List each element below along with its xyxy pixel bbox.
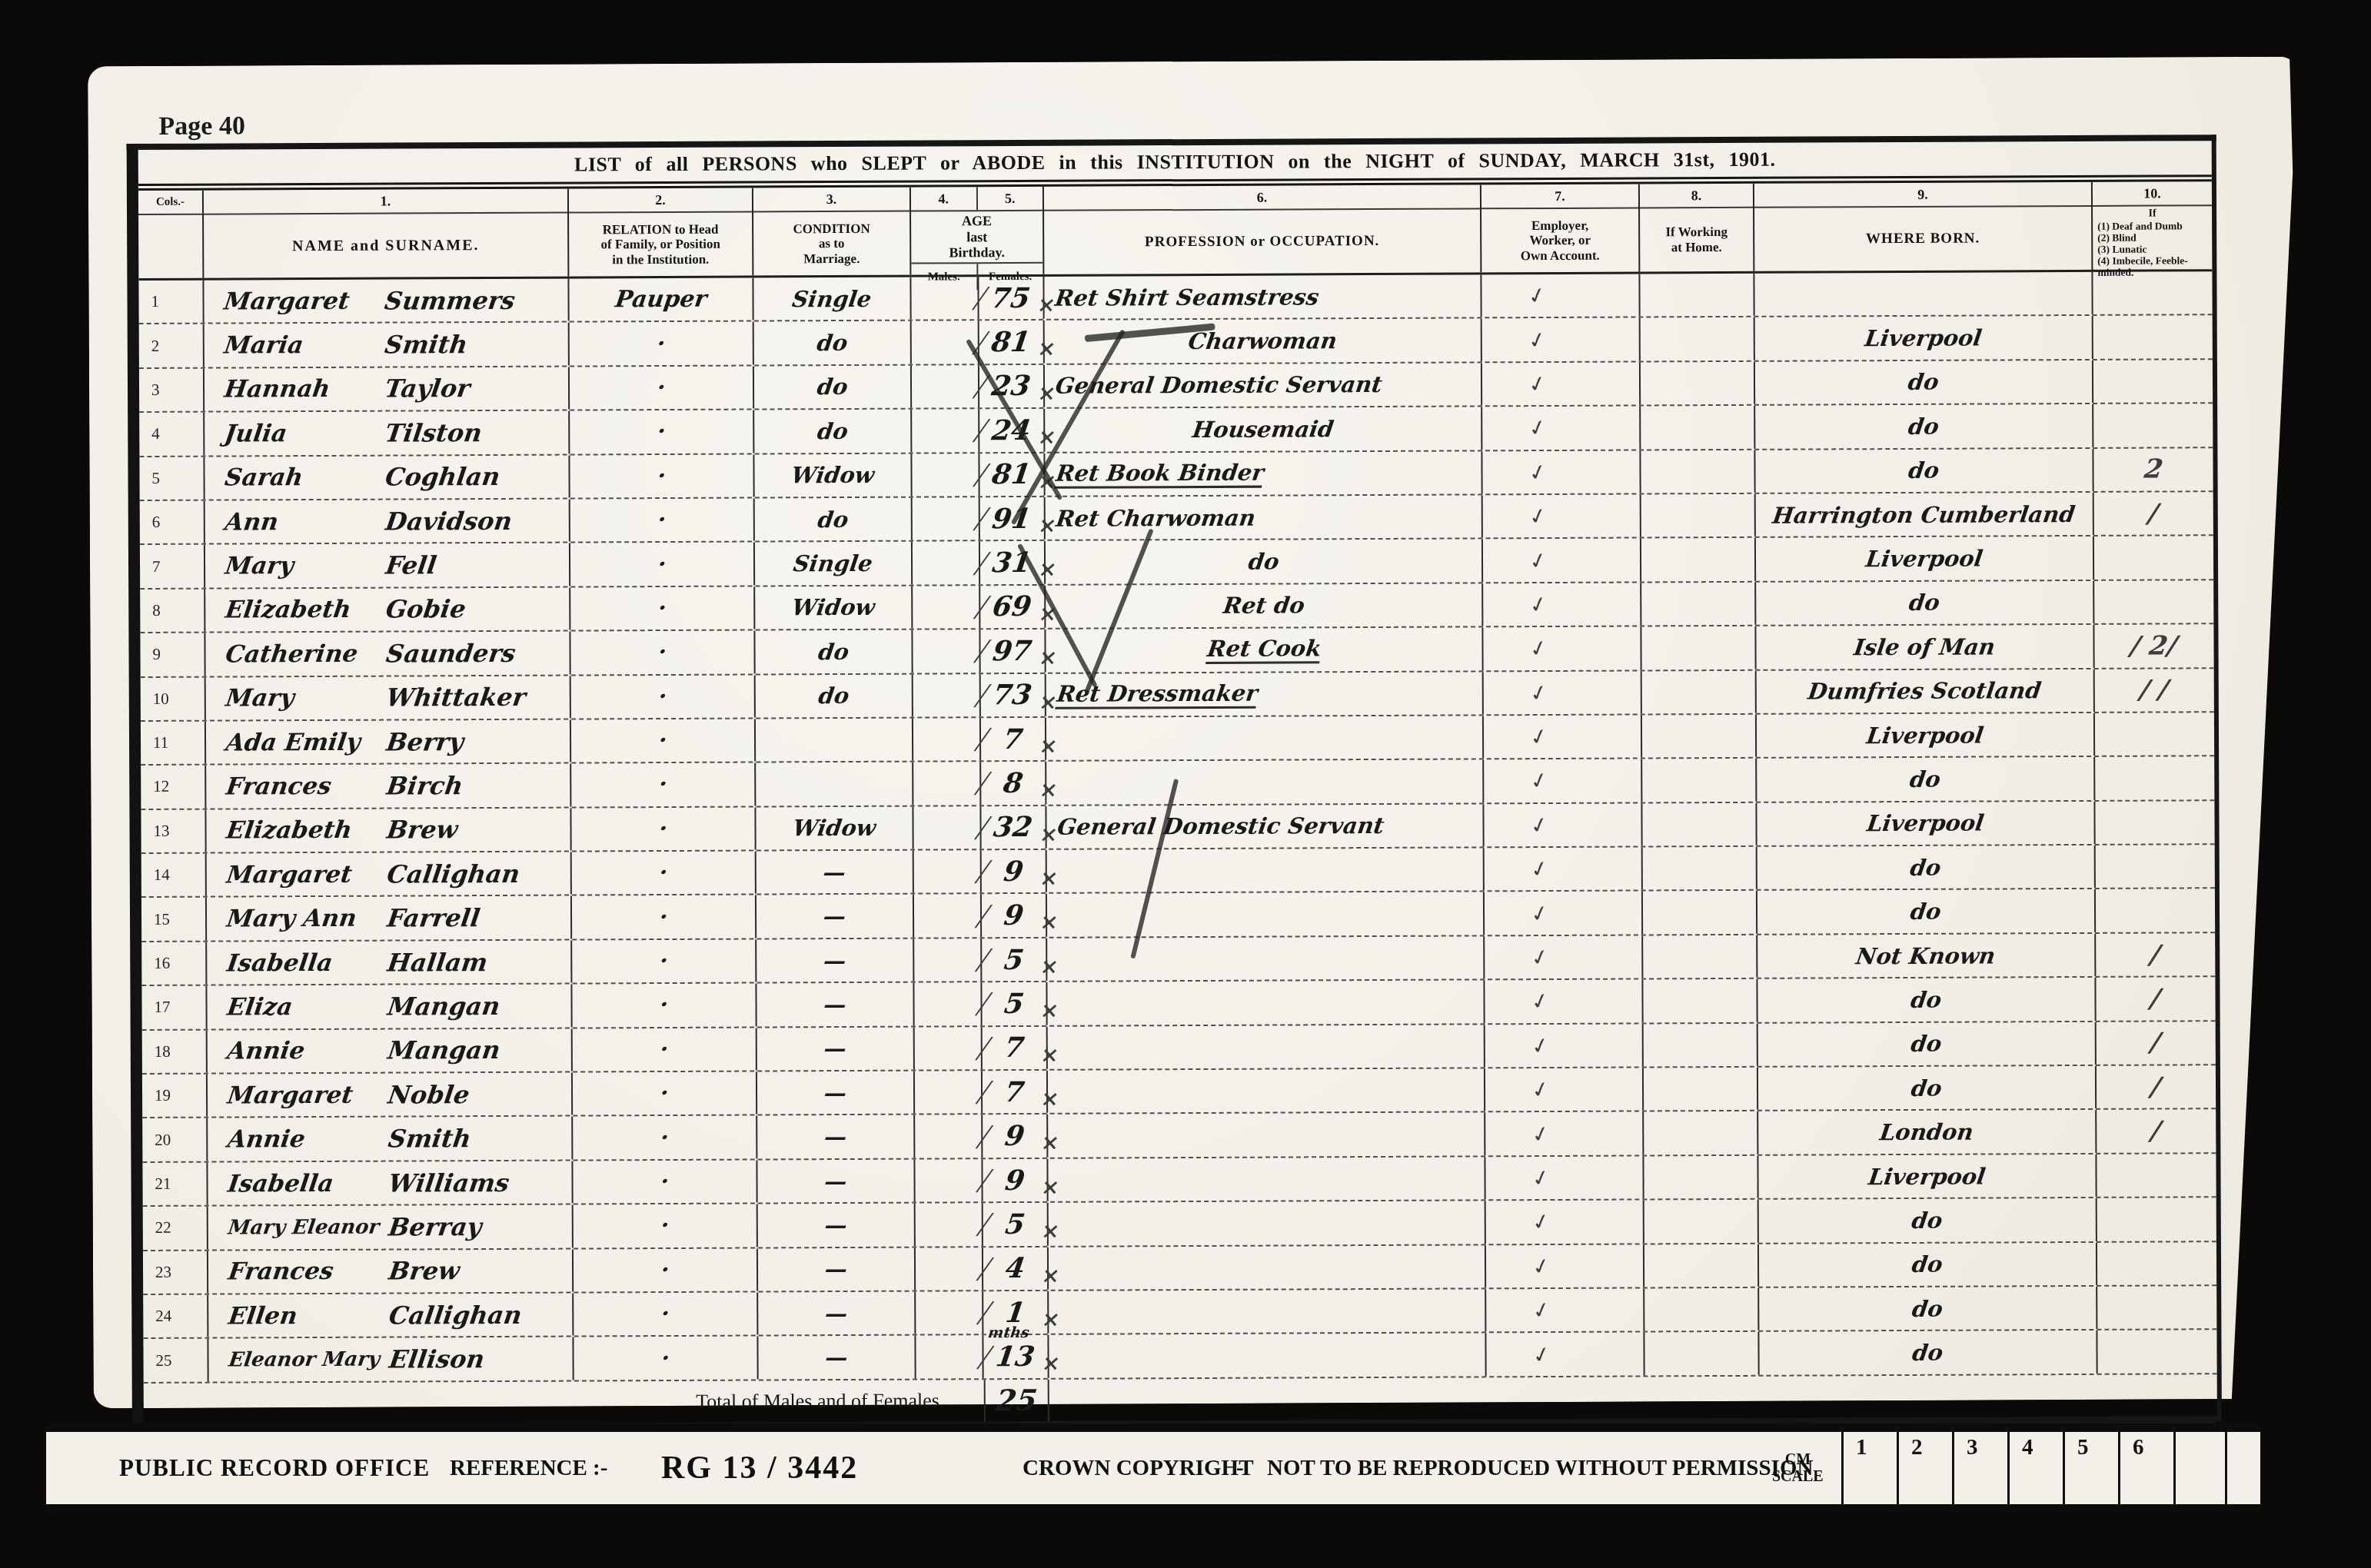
- condition-cell: —: [757, 983, 914, 1026]
- relation-cell: ·: [571, 807, 756, 850]
- page-number-label: Page 40: [158, 111, 245, 141]
- scanned-census-page: Page 40 LIST of all PERSONS who SLEPT or…: [0, 0, 2371, 1568]
- occupation-cell: [1047, 936, 1485, 981]
- employer-cell: ✓: [1485, 1112, 1644, 1155]
- working-at-home-cell: [1644, 1332, 1759, 1375]
- occupation-cell: [1048, 1157, 1485, 1201]
- age-males-cell: ∕: [915, 1159, 983, 1202]
- col-header-employer: 7. Employer, Worker, or Own Account.: [1481, 184, 1640, 272]
- relation-cell: ·: [574, 1337, 758, 1380]
- row-number: 9: [140, 633, 205, 676]
- condition-cell: Single: [753, 277, 911, 321]
- pencil-tick-mark: ✓: [1529, 1119, 1553, 1148]
- age-males-cell: ∕: [913, 674, 981, 717]
- pencil-tick-mark: ✓: [1528, 766, 1551, 796]
- occupation-cell: [1047, 981, 1485, 1025]
- age-males-cell: ∕: [914, 895, 982, 938]
- name-cell: IsabellaHallam: [207, 940, 572, 984]
- where-born-cell: do: [1758, 1022, 2097, 1066]
- pencil-tick-mark: ✓: [1528, 899, 1551, 928]
- infirmity-cell: [2095, 757, 2214, 800]
- relation-cell: ·: [570, 410, 754, 453]
- infirmity-cell: [2097, 1198, 2216, 1241]
- employer-cell: ✓: [1484, 715, 1642, 758]
- separator-dash: -: [1236, 1432, 1244, 1504]
- name-cell: ElizabethBrew: [206, 808, 571, 852]
- pencil-tick-mark: ✓: [1527, 678, 1551, 707]
- pencil-tick-mark: ✓: [1525, 370, 1549, 399]
- name-cell: MaryWhittaker: [206, 676, 571, 719]
- infirmity-cell: [2094, 580, 2213, 623]
- age-females-cell: mths13 ×: [983, 1335, 1049, 1378]
- working-at-home-cell: [1643, 935, 1757, 978]
- working-at-home-cell: [1641, 406, 1755, 449]
- name-cell: AnnDavidson: [205, 500, 570, 543]
- name-cell: IsabellaWilliams: [208, 1161, 573, 1204]
- scale-tick-box: 4: [2007, 1432, 2063, 1504]
- where-born-cell: do: [1759, 1330, 2097, 1374]
- table-header-row: Cols.- 1. NAME and SURNAME. 2. RELATION …: [138, 181, 2212, 281]
- pencil-tick-mark: ✓: [1530, 1340, 1554, 1369]
- employer-cell: ✓: [1484, 759, 1642, 802]
- row-number: 2: [139, 324, 205, 367]
- name-cell: MaryFell: [205, 543, 570, 587]
- age-males-cell: ∕: [912, 365, 979, 408]
- relation-cell: ·: [574, 1248, 758, 1291]
- where-born-cell: do: [1755, 404, 2093, 448]
- employer-cell: ✓: [1482, 362, 1641, 405]
- working-at-home-cell: [1644, 1068, 1758, 1111]
- name-cell: HannahTaylor: [205, 367, 570, 410]
- relation-cell: ·: [572, 984, 757, 1027]
- reference-label: REFERENCE :-: [450, 1432, 607, 1504]
- where-born-cell: do: [1759, 1287, 2097, 1330]
- col-header-cols: Cols.-: [138, 191, 204, 278]
- age-males-cell: ∕: [915, 1027, 983, 1070]
- age-females-cell: 7 ×: [983, 1071, 1048, 1114]
- pencil-tick-mark: ✓: [1526, 546, 1550, 575]
- row-number: 20: [142, 1118, 208, 1161]
- occupation-cell: do: [1046, 540, 1483, 584]
- relation-cell: ·: [573, 1028, 757, 1071]
- where-born-cell: do: [1755, 360, 2093, 404]
- age-females-cell: 9 ×: [982, 850, 1047, 893]
- condition-cell: do: [755, 630, 913, 673]
- employer-cell: ✓: [1485, 892, 1643, 935]
- row-number: 19: [142, 1075, 208, 1118]
- name-cell: AnnieMangan: [208, 1028, 573, 1072]
- employer-cell: ✓: [1486, 1288, 1644, 1331]
- name-cell: ElizabethGobie: [205, 587, 570, 631]
- occupation-cell: Ret Charwoman: [1046, 495, 1483, 540]
- row-number: 5: [139, 457, 205, 500]
- scale-tick-box: 1: [1841, 1432, 1897, 1504]
- age-females-cell: 32 ×: [981, 806, 1046, 849]
- age-males-cell: ∕: [914, 850, 982, 893]
- where-born-cell: Harrington Cumberland: [1756, 493, 2094, 537]
- pencil-tick-mark: ✓: [1528, 943, 1552, 972]
- age-females-cell: 5 ×: [982, 938, 1047, 982]
- working-at-home-cell: [1644, 1244, 1759, 1287]
- condition-cell: do: [756, 674, 913, 717]
- pencil-tick-mark: ✓: [1528, 1075, 1552, 1105]
- condition-cell: —: [758, 1292, 916, 1335]
- condition-cell: —: [757, 1115, 915, 1158]
- row-number: 24: [143, 1295, 208, 1338]
- condition-cell: —: [758, 1204, 916, 1247]
- infirmity-cell: [2097, 1242, 2216, 1285]
- infirmity-cell: [2095, 713, 2214, 756]
- relation-cell: ·: [573, 1116, 757, 1159]
- employer-cell: ✓: [1482, 407, 1641, 450]
- row-number: 17: [141, 986, 207, 1029]
- employer-cell: ✓: [1483, 627, 1641, 670]
- row-number: 11: [141, 722, 206, 765]
- occupation-cell: [1048, 1068, 1485, 1113]
- relation-cell: ·: [571, 719, 756, 762]
- age-males-cell: ∕: [915, 1115, 983, 1158]
- col-header-working-at-home: 8. If Working at Home.: [1640, 184, 1754, 272]
- relation-cell: ·: [570, 498, 755, 541]
- occupation-cell: Ret Shirt Seamstress: [1044, 274, 1481, 319]
- relation-cell: ·: [571, 763, 756, 806]
- condition-cell: —: [758, 1336, 916, 1379]
- age-females-cell: 7 ×: [983, 1026, 1048, 1069]
- col-header-where-born: 9. WHERE BORN.: [1754, 182, 2093, 271]
- age-males-cell: ∕: [912, 453, 979, 497]
- age-females-cell: 9 ×: [982, 894, 1047, 937]
- pencil-tick-mark: ✓: [1525, 325, 1549, 354]
- relation-cell: ·: [573, 1072, 757, 1115]
- age-males-cell: ∕: [914, 982, 982, 1025]
- where-born-cell: do: [1757, 757, 2095, 801]
- working-at-home-cell: [1641, 494, 1756, 537]
- relation-cell: ·: [570, 322, 754, 365]
- name-cell: Ada EmilyBerry: [206, 719, 571, 763]
- pencil-tick-mark: ✓: [1526, 502, 1550, 531]
- row-number: 3: [139, 368, 205, 411]
- working-at-home-cell: [1644, 1023, 1758, 1066]
- condition-cell: do: [754, 321, 912, 364]
- row-number: 1: [138, 281, 204, 324]
- where-born-cell: do: [1757, 845, 2096, 889]
- working-at-home-cell: [1642, 715, 1757, 758]
- pencil-tick-mark: ✓: [1528, 811, 1551, 840]
- condition-cell: do: [755, 498, 913, 541]
- relation-cell: ·: [572, 895, 757, 938]
- age-females-cell: 81 ×: [979, 321, 1045, 364]
- working-at-home-cell: [1642, 759, 1757, 802]
- working-at-home-cell: [1643, 847, 1757, 890]
- age-males-cell: ∕: [911, 277, 979, 320]
- relation-cell: Pauper: [569, 278, 753, 321]
- where-born-cell: do: [1757, 889, 2096, 933]
- employer-cell: ✓: [1485, 1156, 1644, 1199]
- occupation-cell: [1049, 1201, 1486, 1246]
- age-females-cell: 9 ×: [983, 1115, 1048, 1158]
- age-females-cell: 8 ×: [981, 762, 1046, 805]
- working-at-home-cell: [1644, 1200, 1759, 1243]
- row-number: 14: [141, 854, 207, 897]
- row-number: 22: [143, 1207, 208, 1250]
- where-born-cell: do: [1759, 1198, 2097, 1242]
- occupation-cell: [1047, 892, 1485, 937]
- name-cell: MargaretCallighan: [207, 852, 572, 896]
- pencil-tick-mark: ✓: [1528, 1031, 1552, 1060]
- age-males-cell: ∕: [914, 938, 982, 982]
- occupation-cell: General Domestic Servant: [1045, 363, 1482, 407]
- pencil-tick-mark: ✓: [1526, 457, 1550, 487]
- employer-cell: ✓: [1485, 848, 1643, 891]
- age-females-cell: 75 ×: [979, 277, 1044, 320]
- name-cell: MargaretNoble: [208, 1073, 573, 1117]
- col-header-condition: 3. CONDITION as to Marriage.: [753, 188, 911, 276]
- relation-cell: ·: [574, 1204, 758, 1247]
- pencil-tick-mark: ✓: [1529, 1208, 1553, 1237]
- row-number: 21: [142, 1162, 208, 1205]
- infirmity-cell: 2: [2093, 448, 2213, 491]
- where-born-cell: do: [1759, 1242, 2097, 1286]
- employer-cell: ✓: [1484, 803, 1642, 846]
- name-cell: SarahCoghlan: [205, 455, 570, 499]
- row-number: 25: [143, 1339, 208, 1382]
- working-at-home-cell: [1641, 362, 1755, 405]
- employer-cell: ✓: [1485, 935, 1643, 978]
- relation-cell: ·: [572, 939, 757, 982]
- infirmity-cell: / /: [2095, 669, 2214, 712]
- infirmity-cell: / 2/: [2094, 624, 2213, 667]
- employer-cell: ✓: [1486, 1333, 1644, 1376]
- row-number: 15: [141, 898, 207, 941]
- infirmity-cell: [2096, 845, 2215, 888]
- occupation-cell: [1049, 1289, 1486, 1334]
- age-females-cell: 7 ×: [981, 718, 1046, 761]
- working-at-home-cell: [1641, 626, 1756, 669]
- cm-scale-label: CM SCALE: [1772, 1432, 1824, 1504]
- age-males-cell: ∕: [913, 586, 980, 629]
- where-born-cell: do: [1758, 1066, 2097, 1110]
- age-males-cell: ∕: [913, 542, 980, 585]
- age-males-cell: ∕: [913, 497, 980, 540]
- total-value: 25: [984, 1380, 1049, 1421]
- age-females-cell: 69 ×: [980, 586, 1046, 629]
- pencil-tick-mark: ✓: [1530, 1296, 1554, 1325]
- row-number: 16: [141, 942, 207, 985]
- working-at-home-cell: [1641, 538, 1756, 581]
- age-females-cell: 73 ×: [981, 673, 1046, 716]
- pencil-tick-mark: ✓: [1528, 855, 1551, 884]
- condition-cell: —: [757, 851, 914, 894]
- col-header-age: 4.5. AGE last Birthday. Males. Females.: [911, 187, 1044, 275]
- row-number: 8: [140, 589, 205, 632]
- age-females-cell: 97 ×: [980, 630, 1046, 673]
- working-at-home-cell: [1643, 891, 1757, 934]
- infirmity-cell: [2097, 1286, 2216, 1329]
- cols-label: Cols.-: [138, 191, 202, 215]
- infirmity-cell: [2094, 537, 2213, 580]
- condition-cell: —: [757, 1071, 915, 1115]
- age-males-cell: ∕: [913, 806, 981, 849]
- infirmity-cell: [2095, 801, 2214, 844]
- infirmity-cell: [2096, 889, 2215, 932]
- where-born-cell: do: [1756, 581, 2094, 625]
- occupation-cell: [1046, 716, 1484, 760]
- age-males-cell: ∕: [915, 1071, 983, 1114]
- relation-cell: ·: [570, 454, 754, 497]
- row-number: 12: [141, 766, 206, 809]
- name-cell: AnnieSmith: [208, 1117, 573, 1161]
- condition-cell: [756, 762, 913, 806]
- relation-cell: ·: [570, 543, 755, 586]
- occupation-cell: [1049, 1334, 1486, 1378]
- pencil-tick-mark: ✓: [1528, 987, 1552, 1016]
- employer-cell: ✓: [1483, 539, 1641, 582]
- row-number: 4: [139, 413, 205, 456]
- where-born-cell: Not Known: [1757, 934, 2096, 978]
- scale-tick-box: 2: [1897, 1432, 1952, 1504]
- age-females-cell: 4 ×: [983, 1247, 1049, 1290]
- occupation-cell: [1049, 1245, 1486, 1290]
- occupation-cell: Ret Dressmaker: [1046, 672, 1484, 716]
- where-born-cell: Liverpool: [1755, 316, 2093, 360]
- where-born-cell: Dumfries Scotland: [1757, 669, 2095, 713]
- working-at-home-cell: [1641, 450, 1755, 493]
- where-born-cell: do: [1755, 448, 2093, 492]
- occupation-cell: General Domestic Servant: [1046, 804, 1484, 849]
- occupation-cell: [1048, 1025, 1485, 1069]
- row-number: 7: [140, 545, 205, 588]
- name-cell: FrancesBrew: [208, 1249, 574, 1293]
- age-males-cell: ∕: [916, 1247, 983, 1291]
- employer-cell: ✓: [1485, 1068, 1644, 1111]
- employer-cell: ✓: [1485, 1024, 1644, 1067]
- name-cell: MargaretSummers: [204, 279, 569, 323]
- crown-copyright-label: CROWN COPYRIGHT: [1023, 1432, 1253, 1504]
- occupation-cell: Ret Book Binder: [1045, 451, 1482, 496]
- pencil-tick-mark: ✓: [1527, 634, 1551, 663]
- occupation-cell: [1048, 1113, 1485, 1158]
- employer-cell: ✓: [1486, 1244, 1644, 1287]
- age-males-cell: ∕: [916, 1291, 983, 1334]
- working-at-home-cell: [1644, 1111, 1758, 1154]
- name-cell: Mary AnnFarrell: [207, 896, 572, 940]
- employer-cell: ✓: [1482, 450, 1641, 493]
- employer-cell: ✓: [1481, 274, 1640, 317]
- infirmity-cell: /: [2097, 1065, 2216, 1108]
- scale-tick-box: 5: [2063, 1432, 2118, 1504]
- scale-tick-box: 3: [1952, 1432, 2007, 1504]
- name-cell: CatherineSaunders: [205, 632, 570, 676]
- relation-cell: ·: [571, 675, 756, 718]
- condition-cell: Widow: [754, 453, 912, 497]
- condition-cell: Widow: [756, 806, 913, 849]
- condition-cell: —: [757, 1027, 915, 1070]
- condition-cell: —: [757, 895, 914, 938]
- col-header-name: 1. NAME and SURNAME.: [204, 189, 569, 278]
- col-header-relation: 2. RELATION to Head of Family, or Positi…: [569, 188, 753, 277]
- where-born-cell: do: [1757, 978, 2096, 1022]
- relation-cell: ·: [573, 1160, 757, 1203]
- age-females-cell: 5 ×: [983, 1203, 1049, 1246]
- paper-sheet: Page 40 LIST of all PERSONS who SLEPT or…: [88, 57, 2305, 1409]
- working-at-home-cell: [1643, 979, 1757, 1022]
- where-born-cell: London: [1758, 1110, 2097, 1154]
- cm-scale-ruler: 123456: [1841, 1432, 2227, 1504]
- row-number: 13: [141, 809, 206, 852]
- where-born-cell: [1754, 272, 2093, 316]
- age-males-cell: ∕: [913, 630, 980, 673]
- working-at-home-cell: [1642, 670, 1757, 713]
- working-at-home-cell: [1641, 583, 1756, 626]
- pencil-tick-mark: ✓: [1529, 1164, 1553, 1193]
- relation-cell: ·: [572, 852, 757, 895]
- pencil-tick-mark: ✓: [1529, 1251, 1553, 1281]
- infirmity-cell: [2093, 316, 2213, 359]
- scale-tick-box: 6: [2118, 1432, 2173, 1504]
- condition-cell: do: [754, 410, 912, 453]
- name-cell: EllenCallighan: [208, 1294, 574, 1337]
- age-males-cell: ∕: [912, 409, 979, 452]
- condition-cell: [756, 719, 913, 762]
- row-number: 6: [140, 501, 205, 544]
- age-males-cell: ∕: [916, 1336, 983, 1379]
- working-at-home-cell: [1642, 803, 1757, 846]
- occupation-cell: [1047, 848, 1485, 892]
- infirmity-cell: /: [2096, 977, 2215, 1020]
- condition-cell: —: [757, 1159, 915, 1202]
- age-males-cell: ∕: [913, 718, 981, 761]
- name-cell: JuliaTilston: [205, 411, 570, 455]
- where-born-cell: Liverpool: [1757, 802, 2095, 845]
- relation-cell: ·: [570, 366, 754, 409]
- condition-cell: do: [754, 365, 912, 408]
- col-header-occupation: 6. PROFESSION or OCCUPATION.: [1044, 184, 1481, 274]
- relation-cell: ·: [570, 631, 755, 674]
- infirmity-cell: [2097, 1154, 2216, 1197]
- employer-cell: ✓: [1483, 494, 1641, 537]
- name-cell: MariaSmith: [205, 323, 570, 367]
- occupation-cell: [1046, 760, 1484, 805]
- pencil-tick-mark: ✓: [1525, 281, 1549, 311]
- census-rows: 1 MargaretSummers Pauper Single ∕ 75 × R…: [138, 271, 2216, 1384]
- pencil-tick-mark: ✓: [1526, 414, 1550, 443]
- where-born-cell: Liverpool: [1758, 1154, 2097, 1198]
- employer-cell: ✓: [1483, 583, 1641, 626]
- where-born-cell: Liverpool: [1757, 713, 2095, 757]
- census-row: 25 Eleanor MaryEllison · — ∕ mths13 × ✓ …: [143, 1330, 2216, 1384]
- where-born-cell: Isle of Man: [1756, 625, 2094, 669]
- working-at-home-cell: [1640, 274, 1754, 317]
- employer-cell: ✓: [1485, 980, 1643, 1023]
- col-header-infirmity: 10. If (1) Deaf and Dumb (2) Blind (3) L…: [2093, 181, 2212, 270]
- employer-cell: ✓: [1486, 1201, 1644, 1244]
- pencil-tick-mark: ✓: [1527, 590, 1551, 620]
- infirmity-cell: [2093, 404, 2213, 447]
- age-males-cell: ∕: [916, 1203, 983, 1246]
- infirmity-cell: /: [2096, 933, 2215, 976]
- record-office-strip: PUBLIC RECORD OFFICE REFERENCE :- RG 13 …: [46, 1423, 2260, 1513]
- reproduction-notice: NOT TO BE REPRODUCED WITHOUT PERMISSION: [1267, 1432, 1813, 1504]
- relation-cell: ·: [574, 1292, 758, 1335]
- age-females-cell: 5 ×: [982, 982, 1047, 1025]
- age-females-cell: 23 ×: [979, 365, 1045, 408]
- condition-cell: Widow: [755, 586, 913, 629]
- infirmity-cell: /: [2094, 492, 2213, 535]
- infirmity-cell: [2093, 360, 2213, 403]
- employer-cell: ✓: [1484, 671, 1642, 714]
- row-number: 23: [143, 1251, 208, 1294]
- condition-cell: —: [757, 938, 914, 982]
